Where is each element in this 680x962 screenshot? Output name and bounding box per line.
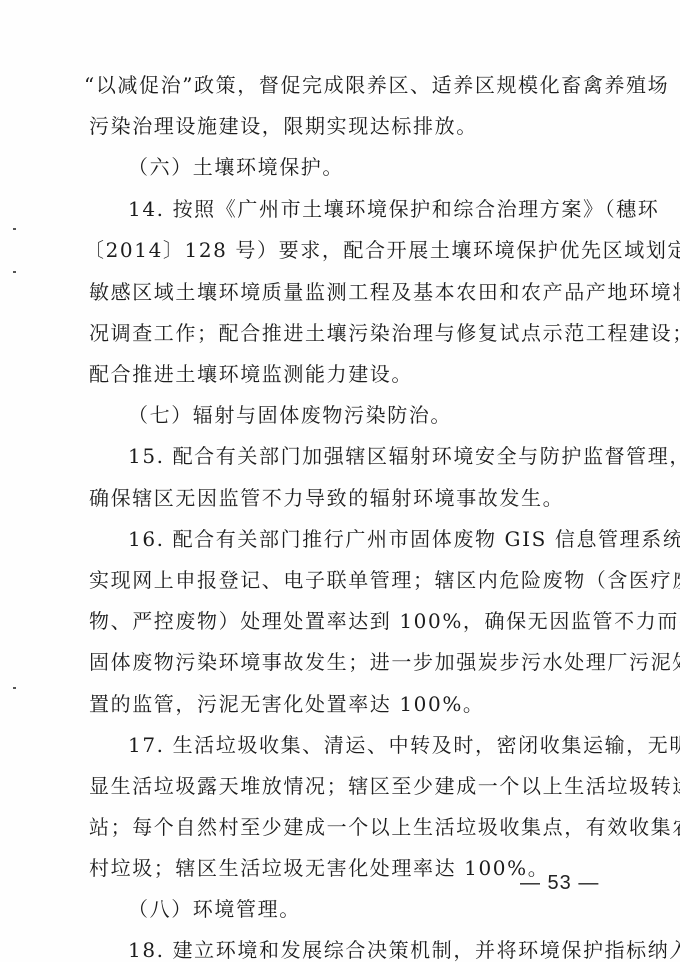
paragraph-line: 14. 按照《广州市土壤环境保护和综合治理方案》（穗环	[128, 194, 593, 224]
paragraph-line: 15. 配合有关部门加强辖区辐射环境安全与防护监督管理，	[128, 441, 593, 471]
section-heading-7: （七）辐射与固体废物污染防治。	[128, 400, 632, 430]
paragraph-line: 物、严控废物）处理处置率达到 100%，确保无因监管不力而导致	[89, 606, 593, 636]
paragraph-line: 实现网上申报登记、电子联单管理；辖区内危险废物（含医疗废	[89, 565, 593, 595]
document-page: “以减促治”政策，督促完成限养区、适养区规模化畜禽养殖场 污染治理设施建设，限期…	[0, 0, 680, 962]
paragraph-line: 固体废物污染环境事故发生；进一步加强炭步污水处理厂污泥处	[89, 647, 593, 677]
paragraph-line: 显生活垃圾露天堆放情况；辖区至少建成一个以上生活垃圾转运	[89, 771, 593, 801]
paragraph-line: “以减促治”政策，督促完成限养区、适养区规模化畜禽养殖场	[84, 70, 588, 100]
paragraph-line: 污染治理设施建设，限期实现达标排放。	[89, 111, 593, 141]
paragraph-line: 16. 配合有关部门推行广州市固体废物 GIS 信息管理系统，	[128, 524, 593, 554]
section-heading-6: （六）土壤环境保护。	[128, 152, 632, 182]
section-heading-8: （八）环境管理。	[128, 894, 632, 924]
paragraph-line: 况调查工作；配合推进土壤污染治理与修复试点示范工程建设；	[89, 318, 593, 348]
binding-mark	[13, 687, 16, 689]
paragraph-line: 〔2014〕128 号）要求，配合开展土壤环境保护优先区域划定、	[84, 235, 588, 265]
binding-mark	[13, 228, 16, 230]
paragraph-line: 17. 生活垃圾收集、清运、中转及时，密闭收集运输，无明	[128, 730, 593, 760]
paragraph-line: 配合推进土壤环境监测能力建设。	[89, 359, 593, 389]
paragraph-line: 18. 建立环境和发展综合决策机制，并将环境保护指标纳入	[128, 935, 593, 962]
paragraph-line: 敏感区域土壤环境质量监测工程及基本农田和农产品产地环境状	[89, 277, 593, 307]
paragraph-line: 村垃圾；辖区生活垃圾无害化处理率达 100%。	[89, 853, 593, 883]
binding-mark	[13, 271, 16, 273]
paragraph-line: 站；每个自然村至少建成一个以上生活垃圾收集点，有效收集农	[89, 812, 593, 842]
paragraph-line: 确保辖区无因监管不力导致的辐射环境事故发生。	[89, 483, 593, 513]
paragraph-line: 置的监管，污泥无害化处置率达 100%。	[89, 689, 593, 719]
page-number: — 53 —	[520, 872, 599, 895]
